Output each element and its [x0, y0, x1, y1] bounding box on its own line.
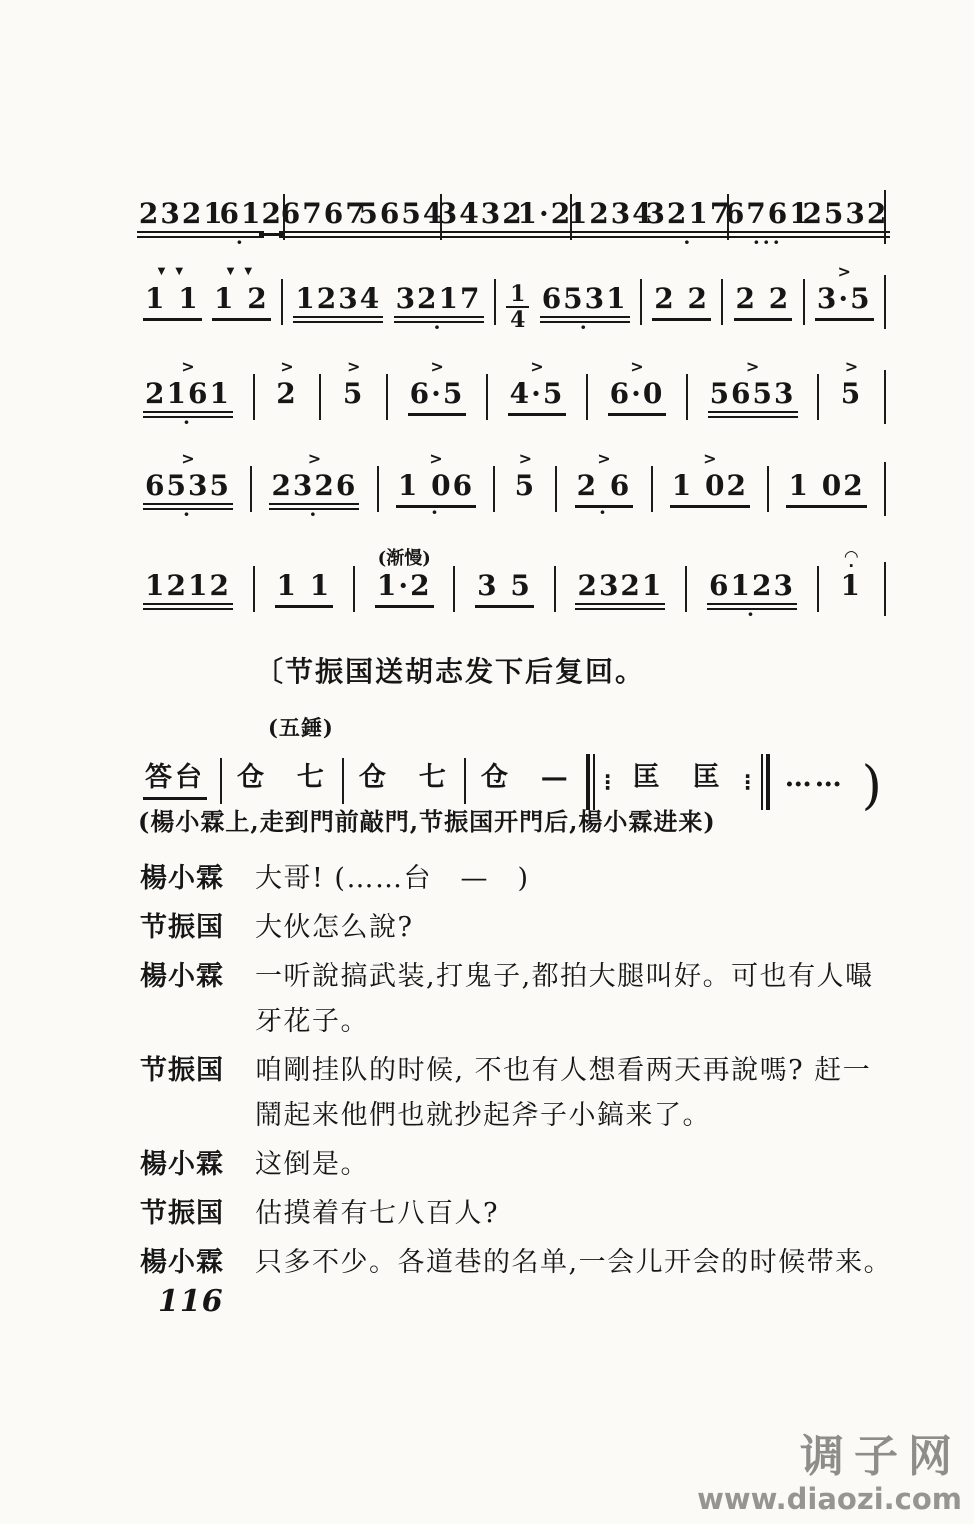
note-text: 仓 — [479, 762, 573, 800]
octave-dots: · [236, 238, 246, 252]
note-text: 1 2 [212, 283, 271, 321]
note-group: >2 6· [575, 448, 634, 522]
note-group: …… [783, 740, 847, 814]
tempo-mark: (渐慢) [378, 548, 431, 570]
barline [767, 466, 769, 512]
note-text: 6·0 [608, 378, 667, 416]
music-line: >2161·>2>5>6·5>4·5>6·0>5653>5 [143, 356, 886, 432]
note-group: >2326· [269, 448, 359, 524]
barline [686, 374, 688, 420]
barline [253, 374, 255, 420]
note-group: 1234 [572, 176, 650, 252]
dialogue-text: 这倒是。 [255, 1142, 900, 1187]
note-group: 1 02 [786, 448, 866, 522]
barline [554, 566, 556, 612]
note-text: 3 5 [475, 570, 534, 608]
watermark-site-name: 调子网 [697, 1432, 962, 1483]
watermark-url: www.diaozi.com [697, 1483, 962, 1516]
note-text: 仓 七 [357, 762, 451, 800]
note-group: 14 [506, 261, 529, 349]
dialogue-text: 估摸着有七八百人? [255, 1191, 900, 1236]
dialogue-row: 楊小霖这倒是。 [140, 1142, 900, 1187]
dialogue-row: 节振国大伙怎么說? [140, 905, 900, 950]
barline [817, 374, 819, 420]
octave-dots: · [434, 323, 444, 337]
accent-mark: > [181, 356, 194, 378]
note-group: >5 [513, 448, 538, 522]
barline [721, 279, 723, 325]
percussion-pattern-label: (五錘) [268, 712, 334, 742]
accent-mark: > [845, 356, 858, 378]
note-group: ) [860, 740, 886, 828]
speaker-name: 楊小霖 [140, 1142, 255, 1187]
note-text: 2321 [575, 570, 665, 610]
dialogue-line: 咱剛挂队的时候, 不也有人想看两天再說嗎? 赶一 [255, 1048, 900, 1093]
note-group: >5653 [708, 356, 798, 432]
octave-dots: · [599, 508, 609, 522]
note-group: 1·2 [520, 176, 571, 252]
barline [353, 566, 355, 612]
accent-mark: > [347, 356, 360, 378]
speaker-name: 节振国 [140, 1191, 255, 1236]
note-group: 6531· [540, 261, 630, 337]
page-number: 116 [158, 1284, 224, 1319]
speaker-name: 楊小霖 [140, 954, 255, 1044]
score-page: 232161·26767565434321·212343217·6761···2… [0, 0, 974, 1524]
watermark: 调子网 www.diaozi.com [697, 1432, 962, 1516]
octave-dots: · [183, 418, 193, 432]
dialogue-row: 楊小霖大哥! (……台 — ) [140, 856, 900, 901]
note-text: 仓 七 [235, 762, 329, 800]
accent-mark: > [430, 356, 443, 378]
note-group: 3217· [650, 176, 728, 252]
barline [253, 566, 255, 612]
note-group: 61· [221, 176, 262, 252]
barline [281, 279, 283, 325]
music-line: 12121 1(渐慢)1·23 523216123·◠1 [143, 548, 886, 624]
repeat-bar-thin [761, 754, 763, 810]
note-group: 6761··· [729, 176, 807, 252]
note-text: 1 02 [786, 470, 866, 508]
repeat-bar-thick [766, 754, 770, 810]
note-group: 2321 [575, 548, 665, 624]
dialogue-line: 鬧起来他們也就抄起斧子小鎬来了。 [255, 1093, 900, 1138]
note-text: 5653 [708, 378, 798, 418]
octave-dots: · [747, 610, 757, 624]
note-group: 1 1 [275, 548, 334, 622]
accent-mark: > [630, 356, 643, 378]
barline [586, 374, 588, 420]
speaker-name: 节振国 [140, 1048, 255, 1138]
dialogue-row: 楊小霖只多不少。各道巷的名单,一会儿开会的时候带来。 [140, 1240, 900, 1285]
dialogue-text: 一听說搞武装,打鬼子,都拍大腿叫好。可也有人嘬牙花子。 [255, 954, 900, 1044]
note-group: ▼▼1 2 [212, 261, 271, 335]
repeat-dots: ⋮ [738, 772, 758, 792]
note-group: 6767 [285, 176, 363, 252]
barline [494, 279, 496, 325]
note-text: 1 [839, 570, 864, 608]
barline [377, 466, 379, 512]
note-group: >4·5 [508, 356, 567, 430]
octave-dots: · [309, 510, 319, 524]
barline [817, 566, 819, 612]
barline [453, 566, 455, 612]
octave-dots: · [183, 510, 193, 524]
time-signature: 14 [506, 283, 529, 335]
repeat-close-sign: ⋮ [738, 754, 770, 810]
note-group: 2 2 [652, 261, 711, 335]
octave-dots: · [683, 238, 693, 252]
octave-dots: ··· [753, 238, 783, 252]
note-text: 1 1 [275, 570, 334, 608]
note-text: 5 [341, 378, 366, 416]
note-text: 3·5 [815, 283, 874, 321]
note-text: 5 [839, 378, 864, 416]
accent-mark: > [308, 448, 321, 470]
note-group: >6535· [143, 448, 233, 524]
note-group: >3·5 [815, 261, 874, 335]
note-text: 1 02 [670, 470, 750, 508]
stage-direction-entry: (楊小霖上,走到門前敲門,节振国开門后,楊小霖进来) [138, 802, 716, 837]
note-text: 3432 [436, 198, 526, 238]
barline [342, 758, 344, 804]
dialogue-line: 只多不少。各道巷的名单,一会儿开会的时候带来。 [255, 1240, 900, 1285]
accent-mark: > [519, 448, 532, 470]
octave-dots: · [580, 323, 590, 337]
note-group: >5 [341, 356, 366, 430]
barline [884, 275, 886, 329]
note-group: >2 [274, 356, 299, 430]
accent-mark: > [746, 356, 759, 378]
note-text: 5654 [356, 198, 446, 238]
accent-mark: > [703, 448, 716, 470]
dialogue-line: 这倒是。 [255, 1142, 900, 1187]
barline [803, 279, 805, 325]
note-group: 6123· [707, 548, 797, 624]
note-text: 1234 [293, 283, 383, 323]
staccato-marks: ▼▼ [152, 261, 193, 283]
octave-dots: · [431, 508, 441, 522]
music-line: ▼▼1 1▼▼1 212343217·146531·2 22 2>3·5 [143, 261, 886, 349]
barline [250, 466, 252, 512]
note-group: 3217· [394, 261, 484, 337]
dialogue-line: 估摸着有七八百人? [255, 1191, 900, 1236]
barline [220, 758, 222, 804]
note-text: 1234 [566, 198, 656, 238]
dialogue-text: 大哥! (……台 — ) [255, 856, 900, 901]
dialogue-text: 大伙怎么說? [255, 905, 900, 950]
fermata-mark: ◠ [845, 548, 858, 570]
speaker-name: 节振国 [140, 905, 255, 950]
dialogue-row: 节振国估摸着有七八百人? [140, 1191, 900, 1236]
dialogue-line: 牙花子。 [255, 999, 900, 1044]
note-text: 1 1 [143, 283, 202, 321]
dialogue-line: 大伙怎么說? [255, 905, 900, 950]
repeat-dots: ⋮ [598, 772, 618, 792]
note-group: ◠1 [839, 548, 864, 622]
note-group: (渐慢)1·2 [375, 548, 434, 622]
accent-mark: > [530, 356, 543, 378]
barline [651, 466, 653, 512]
note-group: >1 02 [670, 448, 750, 522]
accent-mark: > [429, 448, 442, 470]
staccato-marks: ▼▼ [221, 261, 262, 283]
closing-paren: ) [860, 762, 886, 814]
note-group: 1212 [143, 548, 233, 624]
note-text: 2532 [800, 198, 890, 238]
barline [386, 374, 388, 420]
dialogue-text: 只多不少。各道巷的名单,一会儿开会的时候带来。 [255, 1240, 900, 1285]
dialogue-row: 节振国咱剛挂队的时候, 不也有人想看两天再說嗎? 赶一鬧起来他們也就抄起斧子小鎬… [140, 1048, 900, 1138]
note-group: >5 [839, 356, 864, 430]
note-text: 6767 [279, 198, 369, 238]
note-group: 2532 [807, 176, 885, 252]
note-group: 3 5 [475, 548, 534, 622]
note-text: …… [783, 762, 847, 800]
dialogue-line: 一听說搞武装,打鬼子,都拍大腿叫好。可也有人嘬 [255, 954, 900, 999]
dialogue-line: 大哥! (……台 — ) [255, 856, 900, 901]
note-group: 5654 [363, 176, 441, 252]
barline [884, 562, 886, 616]
barline [640, 279, 642, 325]
note-text: 2 [274, 378, 299, 416]
note-text: 6·5 [408, 378, 467, 416]
barline [884, 462, 886, 516]
note-group: >1 06· [396, 448, 476, 522]
note-text: 1212 [143, 570, 233, 610]
dialogue-row: 楊小霖一听說搞武装,打鬼子,都拍大腿叫好。可也有人嘬牙花子。 [140, 954, 900, 1044]
note-text: 4·5 [508, 378, 567, 416]
note-group: >6·5 [408, 356, 467, 430]
note-group: 2 2 [734, 261, 793, 335]
note-text: 2 2 [652, 283, 711, 321]
time-signature-denominator: 4 [510, 308, 525, 331]
music-line: >6535·>2326·>1 06·>5>2 6·>1 021 02 [143, 448, 886, 524]
accent-mark: > [838, 261, 851, 283]
speaker-name: 楊小霖 [140, 1240, 255, 1285]
note-text: 1·2 [375, 570, 434, 608]
note-text: 5 [513, 470, 538, 508]
barline [555, 466, 557, 512]
barline [464, 758, 466, 804]
accent-mark: > [597, 448, 610, 470]
note-group: 1234 [293, 261, 383, 337]
music-line: 232161·26767565434321·212343217·6761···2… [143, 176, 886, 252]
note-text: 2321 [137, 198, 227, 238]
note-group: 3432 [442, 176, 520, 252]
barline [884, 370, 886, 424]
barline [493, 466, 495, 512]
speaker-name: 楊小霖 [140, 856, 255, 901]
barline [319, 374, 321, 420]
barline [884, 190, 886, 244]
note-group: >6·0 [608, 356, 667, 430]
note-text: 答台 [143, 762, 207, 800]
barline [685, 566, 687, 612]
accent-mark: > [181, 448, 194, 470]
dialogue-text: 咱剛挂队的时候, 不也有人想看两天再說嗎? 赶一鬧起来他們也就抄起斧子小鎬来了。 [255, 1048, 900, 1138]
accent-mark: > [280, 356, 293, 378]
stage-direction-opening: 〔节振国送胡志发下后复回。 [255, 650, 645, 690]
note-group: ▼▼1 1 [143, 261, 202, 335]
note-group: 2321 [143, 176, 221, 252]
note-text: 匡 匡 [631, 762, 725, 800]
barline [486, 374, 488, 420]
note-text: 2 2 [734, 283, 793, 321]
note-group: >2161· [143, 356, 233, 432]
time-signature-numerator: 1 [506, 283, 529, 308]
dialogue-section: 楊小霖大哥! (……台 — )节振国大伙怎么說?楊小霖一听說搞武装,打鬼子,都拍… [140, 856, 900, 1289]
